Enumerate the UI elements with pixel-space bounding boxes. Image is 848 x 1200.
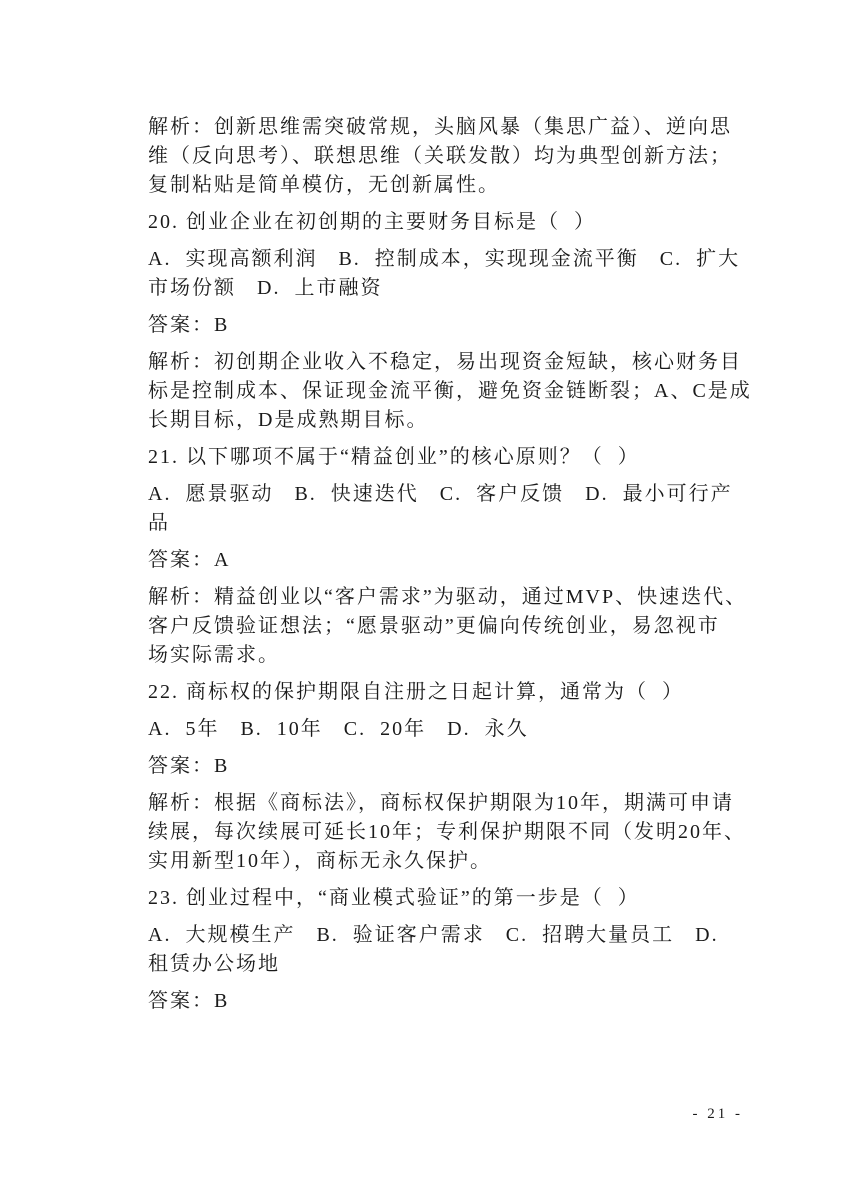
options-text: A. 愿景驱动 B. 快速迭代 C. 客户反馈 D. 最小可行产 [148,480,758,509]
text-line: 实用新型10年），商标无永久保护。 [148,847,758,876]
answer-text: 答案：A [148,546,758,575]
text-line: 解析：根据《商标法》，商标权保护期限为10年，期满可申请 [148,789,758,818]
explanation-20: 解析：初创期企业收入不稳定，易出现资金短缺，核心财务目 标是控制成本、保证现金流… [148,348,758,435]
options-22: A. 5年 B. 10年 C. 20年 D. 永久 [148,715,758,744]
question-text: 20. 创业企业在初创期的主要财务目标是（ ） [148,208,758,237]
answer-text: 答案：B [148,311,758,340]
text-line: 长期目标，D是成熟期目标。 [148,406,758,435]
question-23: 23. 创业过程中，“商业模式验证”的第一步是（ ） [148,884,758,913]
text-line: 维（反向思考）、联想思维（关联发散）均为典型创新方法； [148,142,758,171]
text-line: 标是控制成本、保证现金流平衡，避免资金链断裂；A、C是成 [148,377,758,406]
text-line: 客户反馈验证想法；“愿景驱动”更偏向传统创业，易忽视市 [148,612,758,641]
options-text: A. 大规模生产 B. 验证客户需求 C. 招聘大量员工 D. [148,921,758,950]
options-text: 市场份额 D. 上市融资 [148,274,758,303]
explanation-q19: 解析：创新思维需突破常规，头脑风暴（集思广益）、逆向思 维（反向思考）、联想思维… [148,113,758,200]
options-23: A. 大规模生产 B. 验证客户需求 C. 招聘大量员工 D. 租赁办公场地 [148,921,758,979]
text-line: 复制粘贴是简单模仿，无创新属性。 [148,171,758,200]
options-text: 品 [148,509,758,538]
question-text: 23. 创业过程中，“商业模式验证”的第一步是（ ） [148,884,758,913]
text-line: 续展，每次续展可延长10年；专利保护期限不同（发明20年、 [148,818,758,847]
explanation-21: 解析：精益创业以“客户需求”为驱动，通过MVP、快速迭代、 客户反馈验证想法；“… [148,583,758,670]
answer-23: 答案：B [148,987,758,1016]
explanation-22: 解析：根据《商标法》，商标权保护期限为10年，期满可申请 续展，每次续展可延长1… [148,789,758,876]
question-text: 21. 以下哪项不属于“精益创业”的核心原则？（ ） [148,443,758,472]
options-text: A. 5年 B. 10年 C. 20年 D. 永久 [148,715,758,744]
document-body: 解析：创新思维需突破常规，头脑风暴（集思广益）、逆向思 维（反向思考）、联想思维… [148,113,758,1024]
text-line: 场实际需求。 [148,641,758,670]
question-text: 22. 商标权的保护期限自注册之日起计算，通常为（ ） [148,678,758,707]
answer-22: 答案：B [148,752,758,781]
question-21: 21. 以下哪项不属于“精益创业”的核心原则？（ ） [148,443,758,472]
answer-20: 答案：B [148,311,758,340]
answer-21: 答案：A [148,546,758,575]
answer-text: 答案：B [148,987,758,1016]
question-20: 20. 创业企业在初创期的主要财务目标是（ ） [148,208,758,237]
text-line: 解析：精益创业以“客户需求”为驱动，通过MVP、快速迭代、 [148,583,758,612]
options-20: A. 实现高额利润 B. 控制成本，实现现金流平衡 C. 扩大 市场份额 D. … [148,245,758,303]
options-21: A. 愿景驱动 B. 快速迭代 C. 客户反馈 D. 最小可行产 品 [148,480,758,538]
options-text: 租赁办公场地 [148,950,758,979]
text-line: 解析：初创期企业收入不稳定，易出现资金短缺，核心财务目 [148,348,758,377]
answer-text: 答案：B [148,752,758,781]
question-22: 22. 商标权的保护期限自注册之日起计算，通常为（ ） [148,678,758,707]
page-number: - 21 - [693,1104,744,1124]
document-page: 解析：创新思维需突破常规，头脑风暴（集思广益）、逆向思 维（反向思考）、联想思维… [0,0,848,1200]
options-text: A. 实现高额利润 B. 控制成本，实现现金流平衡 C. 扩大 [148,245,758,274]
text-line: 解析：创新思维需突破常规，头脑风暴（集思广益）、逆向思 [148,113,758,142]
